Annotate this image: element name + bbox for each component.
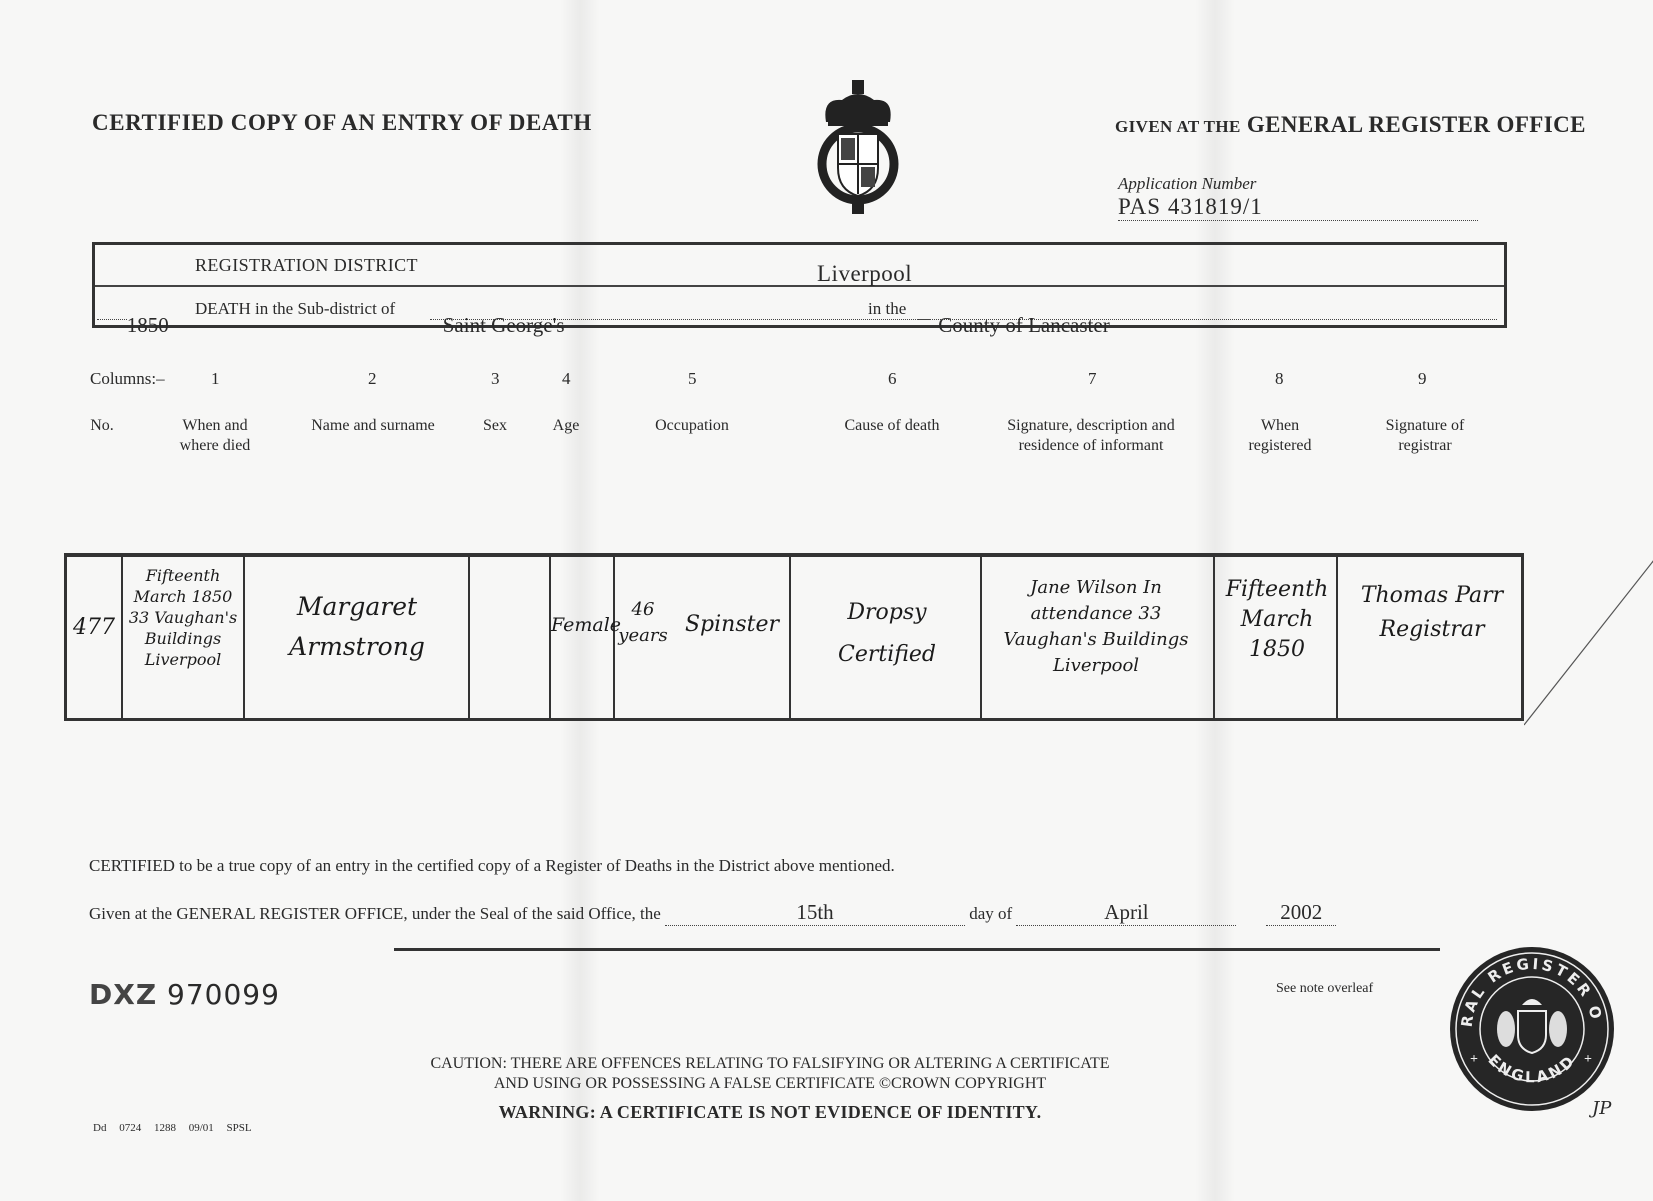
registration-district-box: REGISTRATION DISTRICT Liverpool 1850 DEA… (92, 242, 1507, 328)
header-registrar: Signature of registrar (1375, 416, 1475, 456)
columns-label: Columns:– (90, 369, 165, 389)
certification-statement: CERTIFIED to be a true copy of an entry … (89, 856, 895, 876)
entry-when-registered: Fifteenth March 1850 (1217, 575, 1337, 665)
document-title: CERTIFIED COPY OF AN ENTRY OF DEATH (92, 110, 592, 136)
header-cause: Cause of death (822, 416, 962, 436)
registration-district-value: Liverpool (817, 261, 912, 287)
header-when-where: When and where died (170, 416, 260, 456)
county: County of Lancaster (938, 313, 1109, 338)
entry-registrar: Thomas Parr Registrar (1342, 579, 1522, 647)
royal-crest-icon (812, 78, 904, 216)
office-title: GIVEN AT THE GENERAL REGISTER OFFICE (1115, 112, 1586, 138)
see-note-overleaf: See note overleaf (1276, 981, 1373, 997)
svg-text:+: + (1470, 1052, 1478, 1067)
warning-text: WARNING: A CERTIFICATE IS NOT EVIDENCE O… (380, 1102, 1160, 1123)
header-informant: Signature, description and residence of … (996, 416, 1186, 456)
divider-rule (394, 948, 1440, 951)
issue-day: 15th (796, 900, 833, 924)
initials: JP (1592, 1098, 1611, 1119)
entry-when-where: Fifteenth March 1850 33 Vaughan's Buildi… (125, 565, 241, 670)
given-at-line: Given at the GENERAL REGISTER OFFICE, un… (89, 900, 1439, 926)
header-occupation: Occupation (632, 416, 752, 436)
entry-name: Margaret Armstrong (257, 587, 457, 667)
margin-line (1524, 560, 1653, 730)
subdistrict: Saint George's (443, 313, 565, 338)
registration-district-label: REGISTRATION DISTRICT (195, 255, 418, 276)
death-entry-row: 477 Fifteenth March 1850 33 Vaughan's Bu… (64, 553, 1524, 721)
entry-sex: Female (551, 612, 613, 638)
header-name: Name and surname (298, 416, 448, 436)
application-number-field: Application Number PAS 431819/1 (1118, 174, 1618, 221)
issue-month: April (1104, 900, 1148, 924)
svg-text:+: + (1584, 1052, 1592, 1067)
entry-no: 477 (67, 615, 121, 641)
entry-age: 46 years (613, 597, 673, 649)
header-no: No. (82, 416, 122, 436)
application-number: PAS 431819/1 (1118, 194, 1263, 219)
entry-occupation: Spinster (677, 612, 787, 638)
entry-cause: Dropsy Certified (797, 592, 977, 676)
form-reference: Dd 0724 1288 09/01 SPSL (93, 1122, 252, 1134)
header-when-registered: When registered (1235, 416, 1325, 456)
certificate-serial: DXZ 970099 (89, 978, 280, 1011)
issue-year: 2002 (1280, 900, 1322, 924)
gro-seal-icon: GENERAL REGISTER OFFICE ENGLAND + + (1448, 945, 1616, 1113)
header-sex: Sex (475, 416, 515, 436)
header-age: Age (546, 416, 586, 436)
caution-text: CAUTION: THERE ARE OFFENCES RELATING TO … (380, 1054, 1160, 1094)
year: 1850 (127, 313, 169, 338)
entry-informant: Jane Wilson In attendance 33 Vaughan's B… (983, 575, 1209, 679)
